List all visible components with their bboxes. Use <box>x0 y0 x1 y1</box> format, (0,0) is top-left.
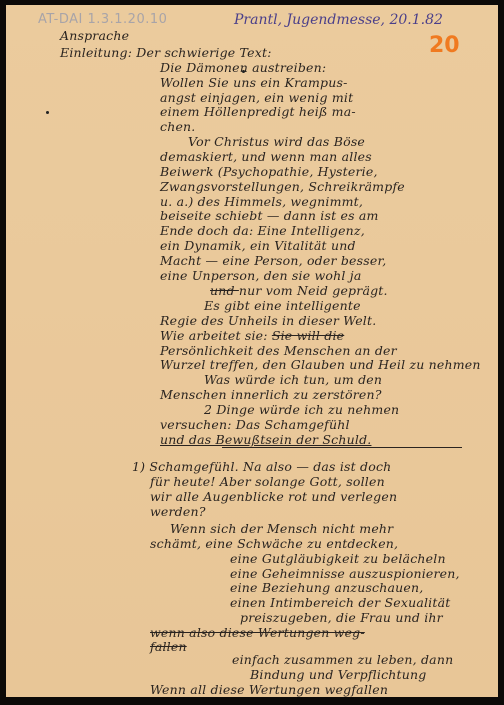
struck-word: und <box>210 283 239 298</box>
handwritten-line: Zwangsvorstellungen, Schreikrämpfe <box>160 181 405 194</box>
handwritten-line: eine Geheimnisse auszuspionieren, <box>230 568 460 581</box>
handwritten-line: eine Unperson, den sie wohl ja <box>160 270 362 283</box>
handwritten-line: Es gibt eine intelligente <box>204 300 361 313</box>
handwritten-line: 1) Schamgefühl. Na also — das ist doch <box>132 461 391 474</box>
handwritten-line: und nur vom Neid geprägt. <box>210 285 388 298</box>
handwritten-line: Wenn sich der Mensch nicht mehr <box>170 523 393 536</box>
handwritten-line: Ansprache <box>60 30 129 43</box>
handwritten-line: fallen <box>150 641 187 654</box>
handwritten-line: Bindung und Verpflichtung <box>250 669 426 682</box>
header-note: Prantl, Jugendmesse, 20.1.82 <box>234 12 443 28</box>
handwritten-line: 2 Dinge würde ich zu nehmen <box>204 404 399 417</box>
handwritten-line: Persönlichkeit des Menschen an der <box>160 345 397 358</box>
handwritten-line: Regie des Unheils in dieser Welt. <box>160 315 376 328</box>
handwritten-line: Vor Christus wird das Böse <box>188 136 365 149</box>
handwritten-line: werden? <box>150 506 206 519</box>
handwritten-line: wir alle Augenblicke rot und verlegen <box>150 491 397 504</box>
document-page: AT-DAI 1.3.1.20.10 Prantl, Jugendmesse, … <box>6 5 498 697</box>
handwritten-line: angst einjagen, ein wenig mit <box>160 92 353 105</box>
handwritten-line: versuchen: Das Schamgefühl <box>160 419 350 432</box>
handwritten-line: Ende doch da: Eine Intelligenz, <box>160 225 365 238</box>
underline-rule <box>222 447 462 448</box>
handwritten-line: Wie arbeitet sie: Sie will die <box>160 330 344 343</box>
handwritten-line: einem Höllenpredigt heiß ma- <box>160 106 356 119</box>
handwritten-line: beiseite schiebt — dann ist es am <box>160 210 379 223</box>
handwritten-line: Was würde ich tun, um den <box>204 374 382 387</box>
handwritten-line: chen. <box>160 121 195 134</box>
handwritten-line: Wurzel treffen, den Glauben und Heil zu … <box>160 359 481 372</box>
handwritten-line: schämt, eine Schwäche zu entdecken, <box>150 538 398 551</box>
handwritten-line: Macht — eine Person, oder besser, <box>160 255 386 268</box>
handwritten-line: u. a.) des Himmels, wegnimmt, <box>160 196 363 209</box>
handwritten-line: preiszugeben, die Frau und ihr <box>240 612 443 625</box>
handwritten-line: und das Bewußtsein der Schuld. <box>160 434 371 447</box>
handwritten-line: einfach zusammen zu leben, dann <box>232 654 453 667</box>
handwritten-line: demaskiert, und wenn man alles <box>160 151 372 164</box>
handwritten-line: eine Beziehung anzuschauen, <box>230 582 423 595</box>
margin-dot <box>46 111 49 114</box>
handwritten-line: Beiwerk (Psychopathie, Hysterie, <box>160 166 378 179</box>
handwritten-line: eine Gutgläubigkeit zu belächeln <box>230 553 446 566</box>
margin-dot <box>242 70 245 73</box>
handwritten-line: einen Intimbereich der Sexualität <box>230 597 450 610</box>
handwritten-line: ein Dynamik, ein Vitalität und <box>160 240 356 253</box>
archive-stamp: AT-DAI 1.3.1.20.10 <box>38 12 167 27</box>
handwritten-line: für heute! Aber solange Gott, sollen <box>150 476 385 489</box>
handwritten-line: Wenn all diese Wertungen wegfallen <box>150 684 388 697</box>
handwritten-line: Wollen Sie uns ein Krampus- <box>160 77 348 90</box>
handwritten-line: Menschen innerlich zu zerstören? <box>160 389 382 402</box>
page-number: 20 <box>429 33 460 58</box>
handwritten-line: Einleitung: Der schwierige Text: <box>60 47 272 60</box>
struck-phrase: Sie will die <box>272 328 344 343</box>
